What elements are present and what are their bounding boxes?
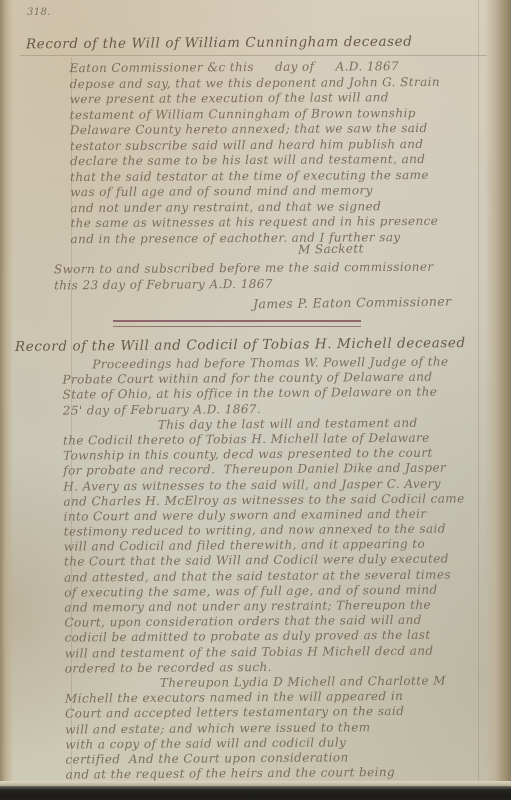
record-title-cunningham: Record of the Will of William Cunningham…: [26, 34, 413, 53]
manuscript-line: Eaton Commissioner &c this day of A.D. 1…: [69, 59, 440, 77]
manuscript-line: State of Ohio, at his office in the town…: [63, 385, 464, 403]
record-title-michell: Record of the Will and Codicil of Tobias…: [15, 335, 466, 355]
section-divider-rule: [113, 320, 361, 327]
page-number: 318.: [27, 7, 51, 18]
manuscript-line: declare the same to be his last will and…: [70, 152, 441, 170]
manuscript-line: that the said testator at the time of ex…: [70, 167, 441, 185]
page-edge-left: [0, 0, 13, 782]
commissioner-signature: James P. Eaton Commissioner: [253, 294, 452, 312]
manuscript-line: this 23 day of February A.D. 1867: [54, 275, 434, 293]
manuscript-line: and in the presence of eachother. and I …: [70, 229, 441, 247]
record-michell-body: Proceedings had before Thomas W. Powell …: [62, 354, 466, 782]
heading-rule: [20, 55, 487, 56]
record-cunningham-body: Eaton Commissioner &c this day of A.D. 1…: [69, 59, 441, 247]
manuscript-line: were present at the execution of the las…: [70, 90, 441, 108]
ledger-page: 318. Record of the Will of William Cunni…: [0, 0, 511, 800]
attestation-block: Sworn to and subscribed before me the sa…: [54, 260, 434, 294]
witness-signature: M Sackett: [298, 241, 364, 256]
page-crease: [478, 0, 479, 782]
page-edge-right: [485, 0, 511, 782]
manuscript-line: the same as witnesses at his request and…: [70, 214, 441, 232]
book-edge-dark-band: [0, 786, 511, 800]
manuscript-line: will and testament of the said Tobias H …: [65, 643, 466, 661]
manuscript-line: Sworn to and subscribed before me the sa…: [54, 260, 434, 278]
manuscript-line: Delaware County hereto annexed; that we …: [70, 121, 441, 139]
